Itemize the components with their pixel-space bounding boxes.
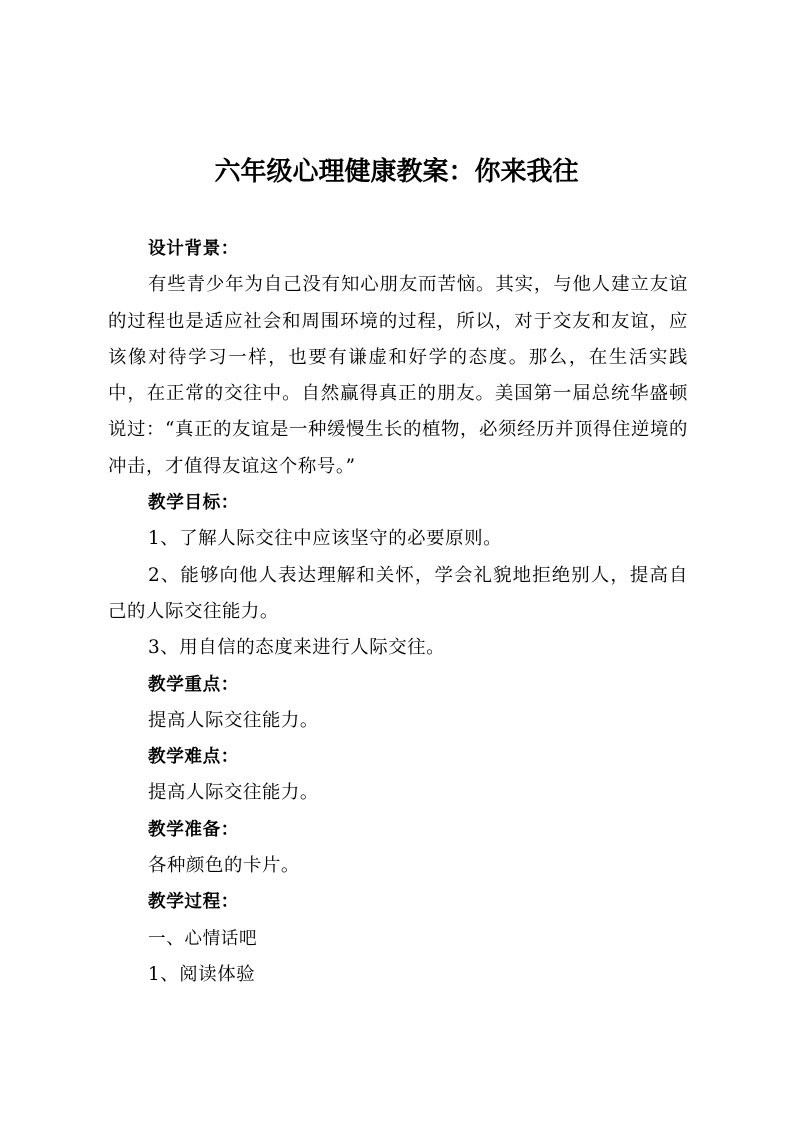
background-heading: 设计背景： [108,231,688,267]
document-page: 六年级心理健康教案：你来我往 设计背景： 有些青少年为自己没有知心朋友而苦恼。其… [0,0,793,1122]
preparation-heading: 教学准备： [108,812,688,848]
process-part-1: 一、心情话吧 [108,921,688,957]
difficulties-text: 提高人际交往能力。 [108,775,688,811]
objective-item-1: 1、了解人际交往中应该坚守的必要原则。 [108,521,688,557]
document-title: 六年级心理健康教案：你来我往 [0,154,793,190]
key-points-text: 提高人际交往能力。 [108,703,688,739]
document-body: 设计背景： 有些青少年为自己没有知心朋友而苦恼。其实，与他人建立友谊的过程也是适… [108,231,688,993]
process-step-1: 1、阅读体验 [108,957,688,993]
process-heading: 教学过程： [108,884,688,920]
objective-item-2: 2、能够向他人表达理解和关怀，学会礼貌地拒绝别人，提高自己的人际交往能力。 [108,558,688,631]
key-points-heading: 教学重点： [108,667,688,703]
difficulties-heading: 教学难点： [108,739,688,775]
objectives-heading: 教学目标： [108,485,688,521]
objective-item-3: 3、用自信的态度来进行人际交往。 [108,630,688,666]
background-paragraph: 有些青少年为自己没有知心朋友而苦恼。其实，与他人建立友谊的过程也是适应社会和周围… [108,267,688,485]
preparation-text: 各种颜色的卡片。 [108,848,688,884]
